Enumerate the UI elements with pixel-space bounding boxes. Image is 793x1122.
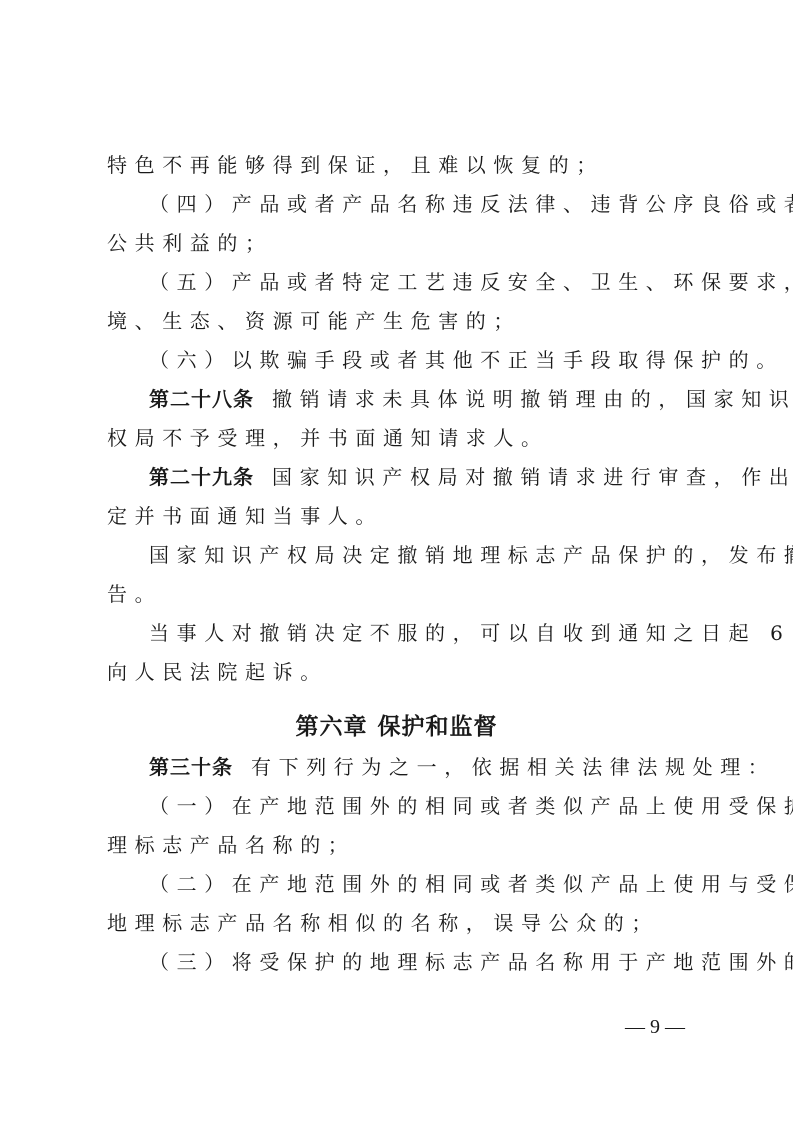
chapter-number: 第六章 bbox=[296, 714, 368, 740]
article-30-item-2-line-2: 地理标志产品名称相似的名称，误导公众的； bbox=[107, 910, 695, 936]
list-item-4-line-2: 公共利益的； bbox=[107, 230, 695, 256]
article-28-label: 第二十八条 bbox=[149, 387, 254, 411]
list-item-5-line-1: （五）产品或者特定工艺违反安全、卫生、环保要求，对环 bbox=[149, 269, 695, 295]
article-29-para3-line-1: 当事人对撤销决定不服的，可以自收到通知之日起 6 个月内 bbox=[149, 620, 695, 646]
article-29-line-2: 定并书面通知当事人。 bbox=[107, 503, 695, 529]
page-number: — 9 — bbox=[600, 1014, 710, 1040]
article-29-text: 国家知识产权局对撤销请求进行审查，作出决 bbox=[272, 465, 793, 489]
article-28-line-1: 第二十八条撤销请求未具体说明撤销理由的，国家知识产 bbox=[149, 386, 695, 412]
article-30-item-2-line-1: （二）在产地范围外的相同或者类似产品上使用与受保护的 bbox=[149, 871, 695, 897]
list-item-4-line-1: （四）产品或者产品名称违反法律、违背公序良俗或者妨害 bbox=[149, 191, 695, 217]
article-30-line-1: 第三十条有下列行为之一，依据相关法律法规处理： bbox=[149, 754, 695, 780]
article-30-label: 第三十条 bbox=[149, 755, 233, 779]
article-29-line-1: 第二十九条国家知识产权局对撤销请求进行审查，作出决 bbox=[149, 464, 695, 490]
article-29-label: 第二十九条 bbox=[149, 465, 254, 489]
chapter-heading: 第六章保护和监督 bbox=[0, 712, 793, 742]
article-28-text: 撤销请求未具体说明撤销理由的，国家知识产 bbox=[272, 387, 793, 411]
chapter-title: 保护和监督 bbox=[378, 714, 498, 740]
article-30-item-1-line-2: 理标志产品名称的； bbox=[107, 832, 695, 858]
article-28-line-2: 权局不予受理，并书面通知请求人。 bbox=[107, 425, 695, 451]
article-29-para2-line-1: 国家知识产权局决定撤销地理标志产品保护的，发布撤销公 bbox=[149, 542, 695, 568]
article-29-para3-line-2: 向人民法院起诉。 bbox=[107, 659, 695, 685]
article-30-item-1-line-1: （一）在产地范围外的相同或者类似产品上使用受保护的地 bbox=[149, 793, 695, 819]
list-item-6: （六）以欺骗手段或者其他不正当手段取得保护的。 bbox=[149, 347, 695, 373]
paragraph-line: 特色不再能够得到保证，且难以恢复的； bbox=[107, 152, 695, 178]
article-29-para2-line-2: 告。 bbox=[107, 581, 695, 607]
document-page: 特色不再能够得到保证，且难以恢复的； （四）产品或者产品名称违反法律、违背公序良… bbox=[0, 0, 793, 1122]
article-30-intro: 有下列行为之一，依据相关法律法规处理： bbox=[251, 755, 775, 779]
article-30-item-3-line-1: （三）将受保护的地理标志产品名称用于产地范围外的相同 bbox=[149, 949, 695, 975]
list-item-5-line-2: 境、生态、资源可能产生危害的； bbox=[107, 308, 695, 334]
